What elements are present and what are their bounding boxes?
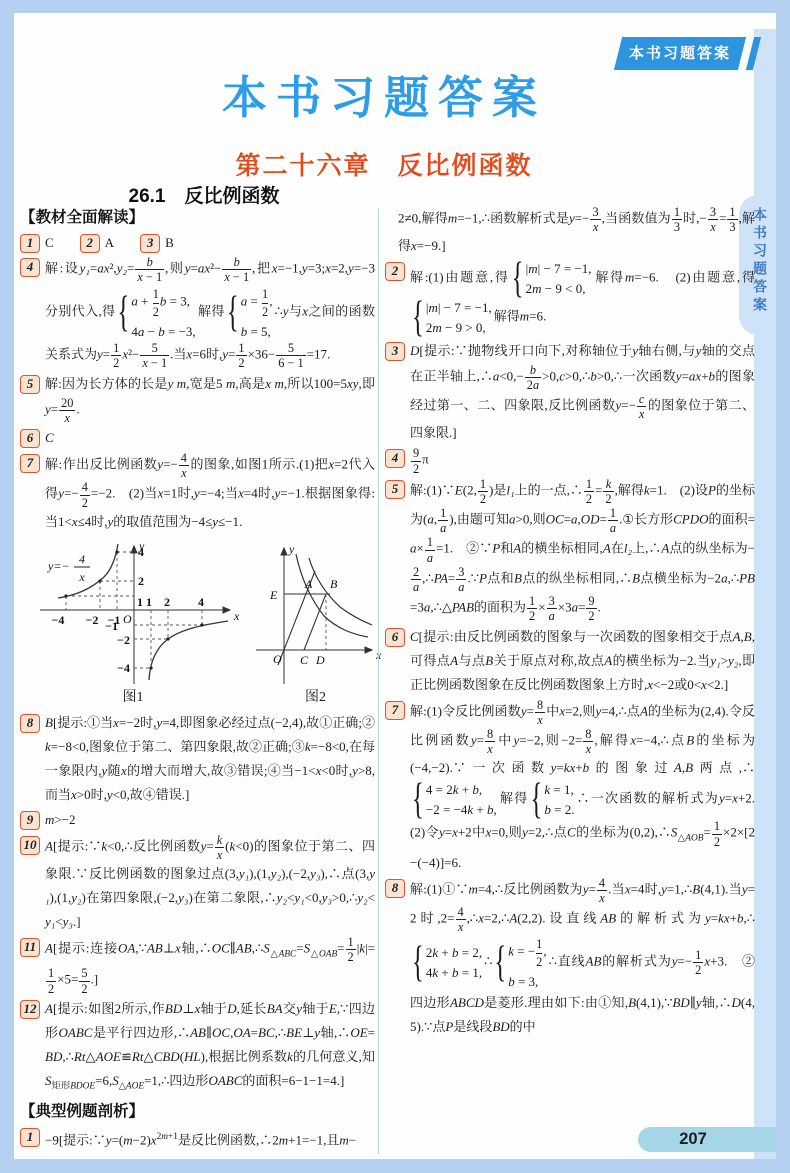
svg-text:A: A [304, 577, 313, 591]
item-text: 解:因为长方体的长是y m,宽是5 m,高是x m,所以100=5xy,即y=2… [45, 372, 375, 425]
figure-2: y x O A B E C D 图2 [248, 538, 383, 708]
answer-item: 2解:(1)由题意,得{|m| − 7 = −1,2m − 9 < 0,解得m=… [385, 259, 755, 337]
answer-item: 6C[提示:由反比例函数的图象与一次函数的图象相交于点A,B,可得点A与点B关于… [385, 625, 755, 697]
item-number-badge: 3 [140, 234, 160, 253]
answer-item: 1−9[提示:∵y=(m−2)x2m+1是反比例函数,∴2m+1=−1,且m− [20, 1125, 375, 1152]
item-text: A[提示:∵k<0,∴反比例函数y=kx(k<0)的图象位于第二、四象限.∵反比… [45, 833, 375, 934]
choice-letter: B [165, 231, 174, 255]
item-text: C [45, 426, 375, 450]
item-text: A[提示:连接OA,∵AB⊥x轴,∴OC∥AB,∴S△ABC=S△OAB=12|… [45, 935, 375, 996]
item-number-badge: 8 [385, 879, 405, 898]
choice-answers-row: 1C2A3B [20, 231, 375, 255]
answer-item: 11A[提示:连接OA,∵AB⊥x轴,∴OC∥AB,∴S△ABC=S△OAB=1… [20, 935, 375, 996]
item-text: 2≠0,解得m=−1,∴函数解析式是y=−3x,当函数值为13时,−3x=13,… [385, 205, 755, 258]
item-text: C[提示:由反比例函数的图象与一次函数的图象相交于点A,B,可得点A与点B关于原… [410, 625, 755, 697]
svg-text:x: x [233, 609, 240, 623]
svg-text:y: y [288, 542, 295, 556]
item-number-badge: 10 [20, 836, 40, 855]
two-column-layout: 【教材全面解读】1C2A3B4解:设y₁=ax²,y₂=bx − 1,则y=ax… [20, 205, 755, 1154]
section-header: 【典型例题剖析】 [20, 1099, 375, 1125]
item-text: D[提示:∵抛物线开口向下,对称轴位于y轴右侧,与y轴的交点在正半轴上,∴a<0… [410, 339, 755, 446]
answer-item: 12A[提示:如图2所示,作BD⊥x轴于D,延长BA交y轴于E,∵四边形OABC… [20, 997, 375, 1099]
item-number-badge: 2 [385, 262, 405, 281]
answer-item: 492π [385, 446, 755, 475]
column-divider [378, 209, 379, 1154]
item-number-badge: 9 [20, 811, 40, 830]
page-number: 207 [638, 1127, 776, 1152]
item-text: B[提示:①当x=−2时,y=4,即图象必经过点(−2,4),故①正确;②k=−… [45, 711, 375, 807]
section-header: 【教材全面解读】 [20, 205, 375, 231]
book-page: 本书习题答案 本书习题答案 本书习题答案 第二十六章 反比例函数 26.1 反比… [14, 13, 776, 1159]
answer-item: 8B[提示:①当x=−2时,y=4,即图象必经过点(−2,4),故①正确;②k=… [20, 711, 375, 807]
item-number-badge: 2 [80, 234, 100, 253]
svg-text:B: B [330, 577, 338, 591]
figure-1-plot: 4 2 1 −1 −2 −4 −4 −2 −1 1 2 4 O x [22, 538, 244, 688]
page-title: 本书习题答案 [14, 73, 754, 123]
scanned-page-frame: 本书习题答案 本书习题答案 本书习题答案 第二十六章 反比例函数 26.1 反比… [0, 0, 790, 1173]
choice-letter: A [105, 231, 114, 255]
svg-text:D: D [315, 653, 325, 667]
item-number-badge: 11 [20, 938, 40, 957]
item-text: 解:(1)∵E(2,12)是l₁上的一点,∴12=k2,解得k=1. (2)设P… [410, 477, 755, 624]
fig1-labels: 4 2 1 −1 −2 −4 −4 −2 −1 1 2 4 O x [47, 539, 240, 675]
item-number-badge: 4 [385, 449, 405, 468]
svg-text:y: y [138, 539, 145, 553]
answer-item: 9m>−2 [20, 808, 375, 832]
choice-letter: C [45, 231, 54, 255]
svg-text:x: x [78, 570, 85, 584]
figures-row: 4 2 1 −1 −2 −4 −4 −2 −1 1 2 4 O x [22, 538, 375, 708]
svg-text:2: 2 [138, 574, 144, 588]
choice-answer: 1C [20, 231, 54, 255]
svg-text:4: 4 [198, 595, 204, 609]
left-column: 【教材全面解读】1C2A3B4解:设y₁=ax²,y₂=bx − 1,则y=ax… [20, 205, 375, 1154]
item-number-badge: 12 [20, 1000, 40, 1019]
svg-text:−2: −2 [86, 613, 99, 627]
answer-item: 5解:(1)∵E(2,12)是l₁上的一点,∴12=k2,解得k=1. (2)设… [385, 477, 755, 624]
figure-1: 4 2 1 −1 −2 −4 −4 −2 −1 1 2 4 O x [22, 538, 244, 708]
figure-1-caption: 图1 [22, 688, 244, 708]
svg-text:y=−: y=− [47, 559, 70, 573]
svg-text:E: E [269, 588, 278, 602]
item-text: m>−2 [45, 808, 375, 832]
item-text: 解:(1)①∵m=4,∴反比例函数为y=4x.当x=4时,y=1,∴B(4,1)… [410, 876, 755, 1040]
chapter-heading: 第二十六章 反比例函数 [14, 146, 754, 182]
item-text: 解:(1)由题意,得{|m| − 7 = −1,2m − 9 < 0,解得m=−… [410, 259, 755, 337]
item-text: 解:设y₁=ax²,y₂=bx − 1,则y=ax²−bx − 1,把x=−1,… [45, 255, 375, 371]
item-number-badge: 5 [385, 480, 405, 499]
svg-text:4: 4 [79, 552, 85, 566]
right-column: 2≠0,解得m=−1,∴函数解析式是y=−3x,当函数值为13时,−3x=13,… [385, 205, 755, 1154]
corner-tab: 本书习题答案 [614, 37, 746, 70]
item-number-badge: 1 [20, 1128, 40, 1147]
item-number-badge: 3 [385, 342, 405, 361]
item-text: A[提示:如图2所示,作BD⊥x轴于D,延长BA交y轴于E,∵四边形OABC是平… [45, 997, 375, 1099]
svg-text:1: 1 [137, 595, 143, 609]
answer-item: 6C [20, 426, 375, 450]
answer-item: 4解:设y₁=ax²,y₂=bx − 1,则y=ax²−bx − 1,把x=−1… [20, 255, 375, 371]
item-number-badge: 1 [20, 234, 40, 253]
answer-item: 2≠0,解得m=−1,∴函数解析式是y=−3x,当函数值为13时,−3x=13,… [385, 205, 755, 258]
item-number-badge: 7 [385, 701, 405, 720]
item-number-badge: 7 [20, 454, 40, 473]
corner-tab-label: 本书习题答案 [618, 37, 742, 70]
item-text: 解:(1)令反比例函数y=8x中x=2,则y=4,∴点A的坐标为(2,4).令反… [410, 698, 755, 875]
item-number-badge: 4 [20, 258, 40, 277]
choice-answer: 3B [140, 231, 174, 255]
item-number-badge: 6 [20, 429, 40, 448]
svg-text:2: 2 [164, 595, 170, 609]
answer-item: 10A[提示:∵k<0,∴反比例函数y=kx(k<0)的图象位于第二、四象限.∵… [20, 833, 375, 934]
svg-text:O: O [273, 652, 282, 666]
svg-text:−4: −4 [52, 613, 65, 627]
answer-item: 8解:(1)①∵m=4,∴反比例函数为y=4x.当x=4时,y=1,∴B(4,1… [385, 876, 755, 1040]
answer-item: 5解:因为长方体的长是y m,宽是5 m,高是x m,所以100=5xy,即y=… [20, 372, 375, 425]
svg-text:C: C [300, 653, 309, 667]
svg-text:O: O [123, 612, 132, 626]
answer-item: 7解:(1)令反比例函数y=8x中x=2,则y=4,∴点A的坐标为(2,4).令… [385, 698, 755, 875]
item-text: 92π [410, 446, 755, 475]
svg-text:1: 1 [146, 595, 152, 609]
answer-item: 7解:作出反比例函数y=−4x的图象,如图1所示.(1)把x=2代入得y=−42… [20, 451, 375, 534]
item-text: −9[提示:∵y=(m−2)x2m+1是反比例函数,∴2m+1=−1,且m− [45, 1125, 375, 1152]
item-text: 解:作出反比例函数y=−4x的图象,如图1所示.(1)把x=2代入得y=−42=… [45, 451, 375, 534]
fig2-curves [296, 554, 372, 637]
item-number-badge: 5 [20, 375, 40, 394]
choice-answer: 2A [80, 231, 114, 255]
svg-text:−2: −2 [117, 633, 130, 647]
item-number-badge: 8 [20, 714, 40, 733]
section-heading: 26.1 反比例函数 [24, 181, 384, 208]
page-number-strip: 207 [638, 1127, 776, 1152]
figure-2-plot: y x O A B E C D [248, 538, 383, 688]
svg-text:−1: −1 [108, 613, 121, 627]
figure-2-caption: 图2 [248, 688, 383, 708]
svg-text:−4: −4 [117, 661, 130, 675]
answer-item: 3D[提示:∵抛物线开口向下,对称轴位于y轴右侧,与y轴的交点在正半轴上,∴a<… [385, 339, 755, 446]
item-number-badge: 6 [385, 628, 405, 647]
